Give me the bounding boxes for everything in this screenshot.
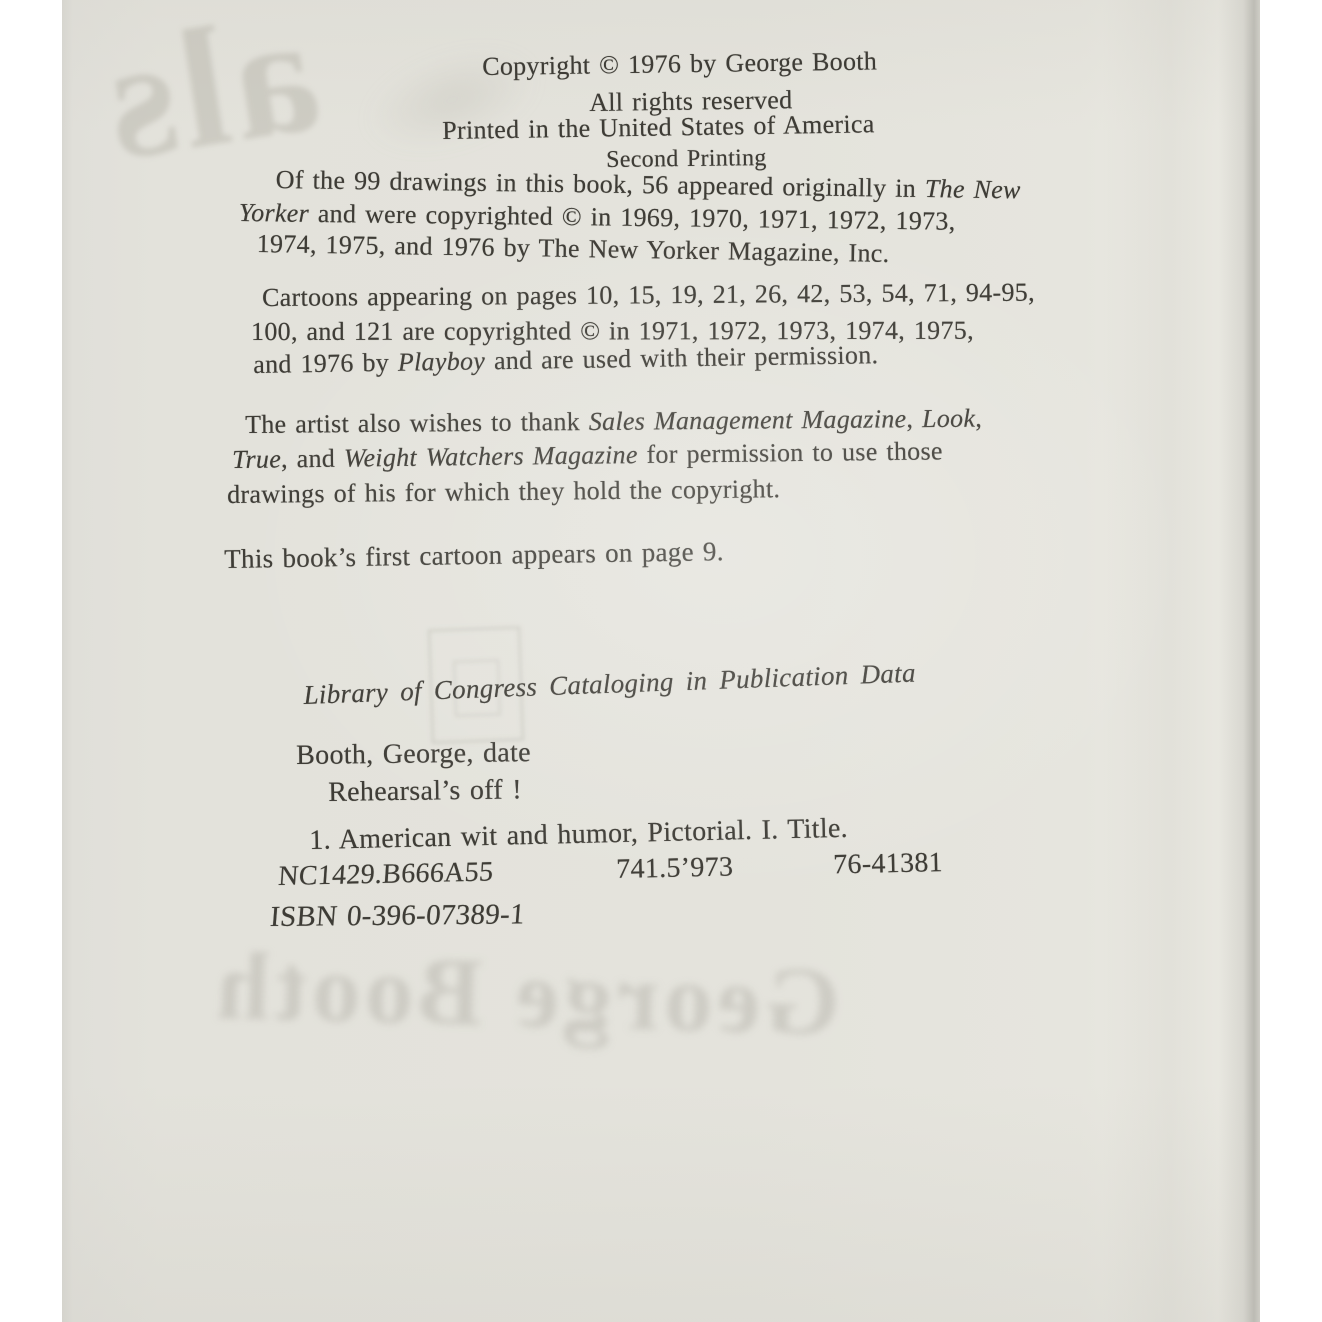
book-photo: als George Booth Copyright © 1976 by Geo… — [0, 0, 1322, 1322]
book-page: als George Booth Copyright © 1976 by Geo… — [62, 0, 1260, 1322]
page-sheen — [62, 0, 1260, 1322]
